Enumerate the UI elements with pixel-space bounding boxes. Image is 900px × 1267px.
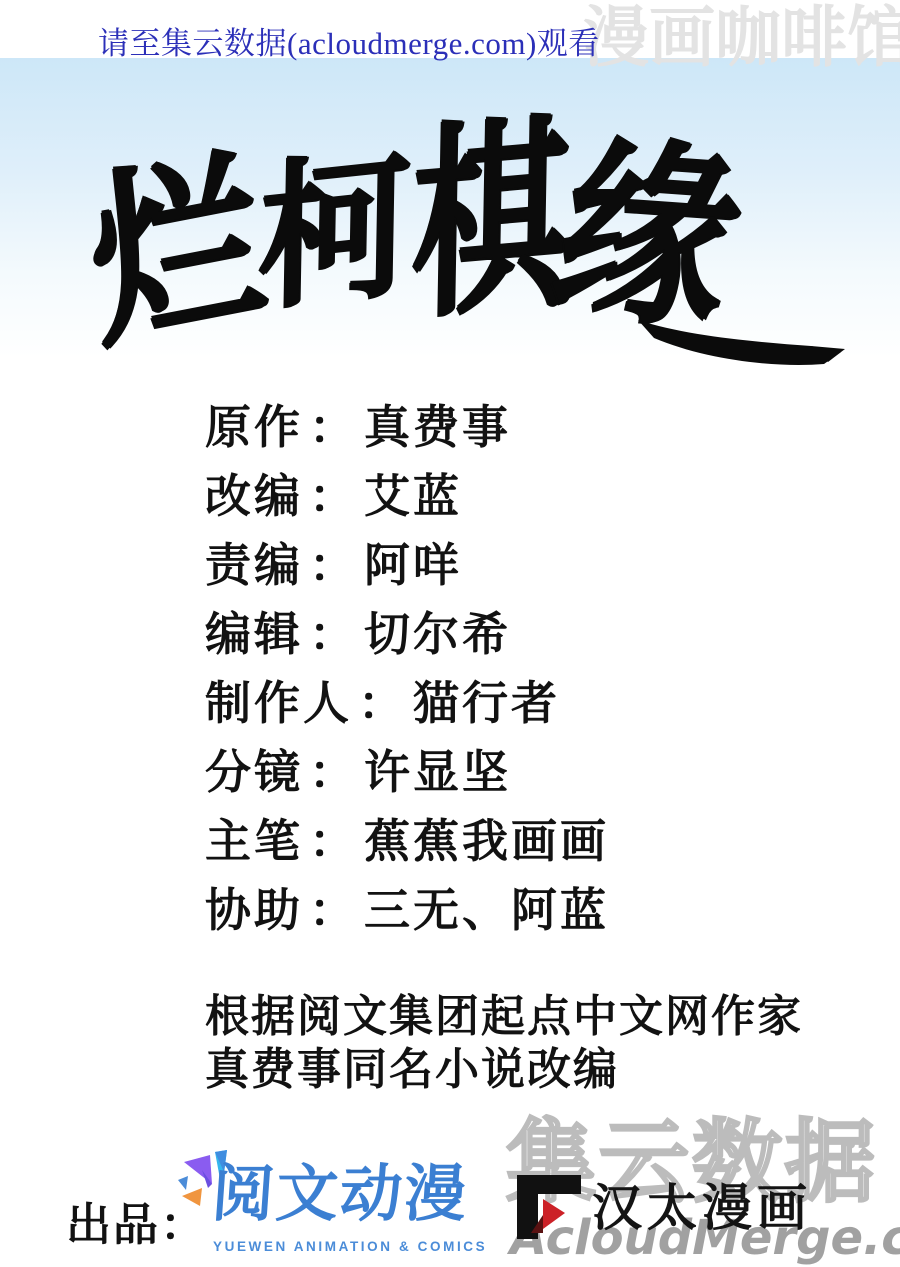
credit-colon: ： xyxy=(352,677,413,729)
credit-colon: ： xyxy=(303,815,364,867)
watermark-notice-text: 请至集云数据(acloudmerge.com)观看 xyxy=(98,18,600,63)
comic-credits-page: 请至集云数据(acloudmerge.com)观看 漫画咖啡馆 烂 柯 棋 缘 … xyxy=(0,0,900,1267)
hantai-logo-text: 汉太漫画 xyxy=(592,1183,812,1233)
credit-colon: ： xyxy=(303,884,364,936)
top-right-watermark: 漫画咖啡馆 xyxy=(583,4,900,70)
credit-label: 分镜 xyxy=(205,746,303,798)
credit-value: 切尔希 xyxy=(364,608,511,660)
yuewen-logo-text: 阅文动漫 xyxy=(210,1164,470,1226)
title-char: 烂 xyxy=(82,142,270,359)
credit-row: 分镜：许显坚 xyxy=(205,749,609,796)
brush-swash xyxy=(636,302,846,377)
hantai-mark-icon xyxy=(517,1175,581,1239)
yuewen-logo-subtitle: YUEWEN ANIMATION & COMICS xyxy=(213,1239,487,1254)
credit-label: 编辑 xyxy=(205,608,303,660)
credit-value: 蕉蕉我画画 xyxy=(364,815,609,867)
credit-value: 许显坚 xyxy=(364,746,511,798)
credit-row: 主笔：蕉蕉我画画 xyxy=(205,818,609,865)
adaptation-note-line2: 真费事同名小说改编 xyxy=(205,1043,803,1096)
adaptation-note-line1: 根据阅文集团起点中文网作家 xyxy=(205,990,803,1043)
credit-label: 原作 xyxy=(205,401,303,453)
credit-colon: ： xyxy=(303,539,364,591)
credit-value: 艾蓝 xyxy=(364,470,462,522)
credit-label: 制作人 xyxy=(205,677,352,729)
credit-value: 阿咩 xyxy=(364,539,462,591)
credit-row: 编辑：切尔希 xyxy=(205,611,609,658)
credit-row: 制作人：猫行者 xyxy=(205,680,609,727)
credit-row: 原作：真费事 xyxy=(205,404,609,451)
credits-list: 原作：真费事 改编：艾蓝 责编：阿咩 编辑：切尔希 制作人：猫行者 分镜：许显坚… xyxy=(205,404,609,956)
credit-label: 责编 xyxy=(205,539,303,591)
title-char: 柯 xyxy=(258,144,411,319)
credit-colon: ： xyxy=(303,608,364,660)
credit-label: 改编 xyxy=(205,470,303,522)
credit-colon: ： xyxy=(303,401,364,453)
credit-colon: ： xyxy=(303,746,364,798)
credit-colon: ： xyxy=(303,470,364,522)
credit-row: 改编：艾蓝 xyxy=(205,473,609,520)
credit-label: 协助 xyxy=(205,884,303,936)
adaptation-note: 根据阅文集团起点中文网作家 真费事同名小说改编 xyxy=(205,990,803,1096)
credit-value: 真费事 xyxy=(364,401,511,453)
credit-value: 三无、阿蓝 xyxy=(364,884,609,936)
credit-row: 协助：三无、阿蓝 xyxy=(205,887,609,934)
credit-row: 责编：阿咩 xyxy=(205,542,609,589)
credit-label: 主笔 xyxy=(205,815,303,867)
credit-value: 猫行者 xyxy=(413,677,560,729)
